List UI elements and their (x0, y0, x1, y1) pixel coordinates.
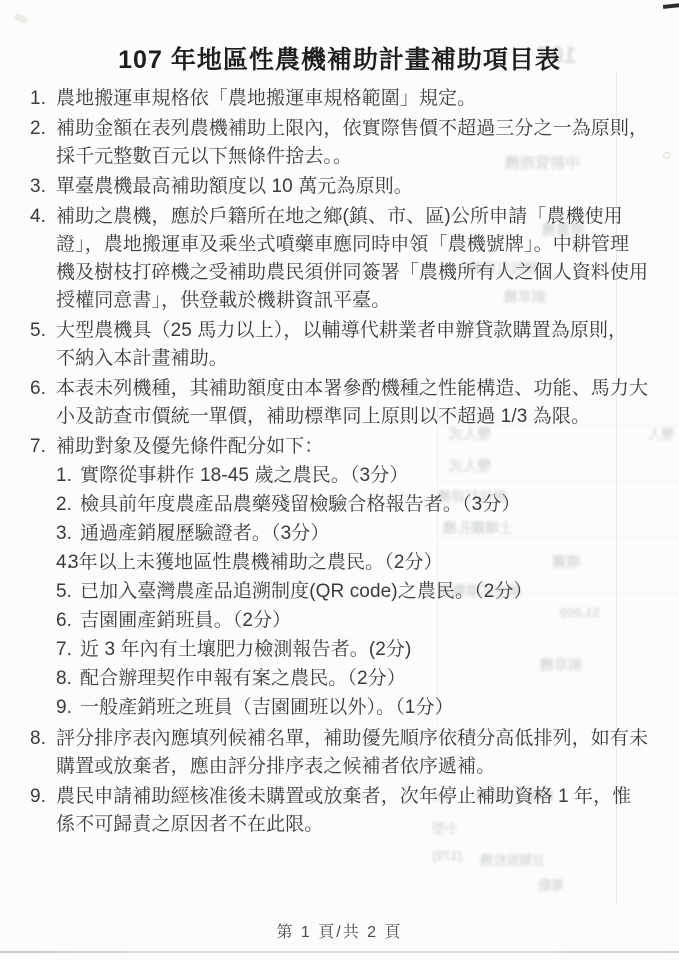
subitem-number: 3. (56, 520, 80, 548)
subitem-text: 通過產銷履歷驗證者。（3分） (80, 520, 329, 548)
subitem-text: 近 3 年內有土壤肥力檢測報告者。(2分) (80, 636, 411, 664)
item-text: 單臺農機最高補助額度以 10 萬元為原則。 (56, 173, 413, 201)
subitem-number: 4. (56, 549, 68, 577)
sublist-item: 9. 一般產銷班之班員（吉園圃班以外）。（1分） (56, 694, 659, 722)
list-item: 6. 本表未列機種，其補助額度由本署參酌機種之性能構造、功能、馬力大 小及訪查市… (30, 375, 659, 431)
item-number: 4. (30, 203, 56, 231)
item-number: 1. (30, 85, 56, 113)
scan-speck (663, 152, 671, 159)
item-text: 補助對象及優先條件配分如下： (56, 436, 323, 457)
subitem-text: 實際從事耕作 18-45 歲之農民。（3分） (80, 462, 408, 490)
subitem-number: 6. (56, 607, 80, 635)
item-text: 農地搬運車規格依「農地搬運車規格範圍」規定。 (56, 85, 476, 113)
item-text: 大型農機具（25 馬力以上），以輔導代耕業者申辦貸款購置為原則， 不納入本計畫補… (56, 317, 627, 373)
item-number: 8. (30, 725, 56, 753)
list-item: 7. 補助對象及優先條件配分如下： 1. 實際從事耕作 18-45 歲之農民。（… (30, 433, 659, 723)
item-number: 7. (30, 433, 56, 461)
bleedthrough-text: 電動 (538, 875, 564, 894)
item-text: 補助之農機，應於戶籍所在地之鄉(鎮、市、區)公所申請「農機使用 證」，農地搬運車… (56, 203, 648, 315)
subitem-text: 配合辦理契作申報有案之農民。（2分） (80, 665, 406, 693)
item-text: 本表未列機種，其補助額度由本署參酌機種之性能構造、功能、馬力大 小及訪查市價統一… (56, 375, 648, 431)
subitem-text: 一般產銷班之班員（吉園圃班以外）。（1分） (80, 694, 454, 722)
item-text: 評分排序表內應填列候補名單，補助優先順序依積分高低排列，如有未 購置或放棄者，應… (56, 725, 648, 781)
sublist-item: 4. 3年以上未獲地區性農機補助之農民。（2分） (56, 549, 659, 577)
list-item: 1. 農地搬運車規格依「農地搬運車規格範圍」規定。 (30, 85, 659, 113)
sublist-item: 7. 近 3 年內有土壤肥力檢測報告者。(2分) (56, 636, 659, 664)
item-number: 2. (30, 115, 56, 143)
subitem-text: 已加入臺灣農產品追溯制度(QR code)之農民。（2分） (80, 578, 533, 606)
main-list: 1. 農地搬運車規格依「農地搬運車規格範圍」規定。 2. 補助金額在表列農機補助… (30, 85, 659, 839)
bleedthrough-text: 豆類脫粒機 (480, 850, 545, 869)
sublist-item: 2. 檢具前年度農產品農藥殘留檢驗合格報告者。（3分） (56, 491, 659, 519)
sublist-item: 6. 吉園圃產銷班員。（2分） (56, 607, 659, 635)
subitem-number: 1. (56, 462, 80, 490)
list-item: 2. 補助金額在表列農機補助上限內，依實際售價不超過三分之一為原則， 採千元整數… (30, 115, 659, 171)
bleedthrough-text: (170) (432, 848, 462, 863)
sublist-item: 8. 配合辦理契作申報有案之農民。（2分） (56, 665, 659, 693)
subitem-text: 吉園圃產銷班員。（2分） (80, 607, 291, 635)
list-item: 8. 評分排序表內應填列候補名單，補助優先順序依積分高低排列，如有未 購置或放棄… (30, 725, 659, 781)
scan-edge-line (0, 951, 679, 953)
document-page: 107 中耕管理機 噴霧機 樹枝打碎機 割草機 雙人式 雙人式 樹枝打碎機 土壤… (0, 0, 679, 960)
item-text-block: 補助對象及優先條件配分如下： 1. 實際從事耕作 18-45 歲之農民。（3分）… (56, 433, 659, 723)
subitem-text: 3年以上未獲地區性農機補助之農民。（2分） (68, 549, 443, 577)
sublist-item: 1. 實際從事耕作 18-45 歲之農民。（3分） (56, 462, 659, 490)
item-text: 農民申請補助經核准後未購置或放棄者，次年停止補助資格 1 年，惟 係不可歸責之原… (56, 783, 631, 839)
list-item: 3. 單臺農機最高補助額度以 10 萬元為原則。 (30, 173, 659, 201)
list-item: 4. 補助之農機，應於戶籍所在地之鄉(鎮、市、區)公所申請「農機使用 證」，農地… (30, 203, 659, 315)
criteria-sublist: 1. 實際從事耕作 18-45 歲之農民。（3分） 2. 檢具前年度農產品農藥殘… (56, 462, 659, 722)
subitem-number: 7. (56, 636, 80, 664)
page-footer: 第 1 頁/共 2 頁 (0, 919, 679, 942)
subitem-number: 2. (56, 491, 80, 519)
subitem-number: 5. (56, 578, 80, 606)
item-number: 9. (30, 783, 56, 811)
item-text: 補助金額在表列農機補助上限內，依實際售價不超過三分之一為原則， 採千元整數百元以… (56, 115, 648, 171)
list-item: 5. 大型農機具（25 馬力以上），以輔導代耕業者申辦貸款購置為原則， 不納入本… (30, 317, 659, 373)
item-number: 6. (30, 375, 56, 403)
subitem-number: 9. (56, 694, 80, 722)
page-title: 107 年地區性農機補助計畫補助項目表 (0, 0, 679, 76)
item-number: 3. (30, 173, 56, 201)
sublist-item: 3. 通過產銷履歷驗證者。（3分） (56, 520, 659, 548)
item-number: 5. (30, 317, 56, 345)
subitem-text: 檢具前年度農產品農藥殘留檢驗合格報告者。（3分） (80, 491, 520, 519)
list-item: 9. 農民申請補助經核准後未購置或放棄者，次年停止補助資格 1 年，惟 係不可歸… (30, 783, 659, 839)
sublist-item: 5. 已加入臺灣農產品追溯制度(QR code)之農民。（2分） (56, 578, 659, 606)
subitem-number: 8. (56, 665, 80, 693)
